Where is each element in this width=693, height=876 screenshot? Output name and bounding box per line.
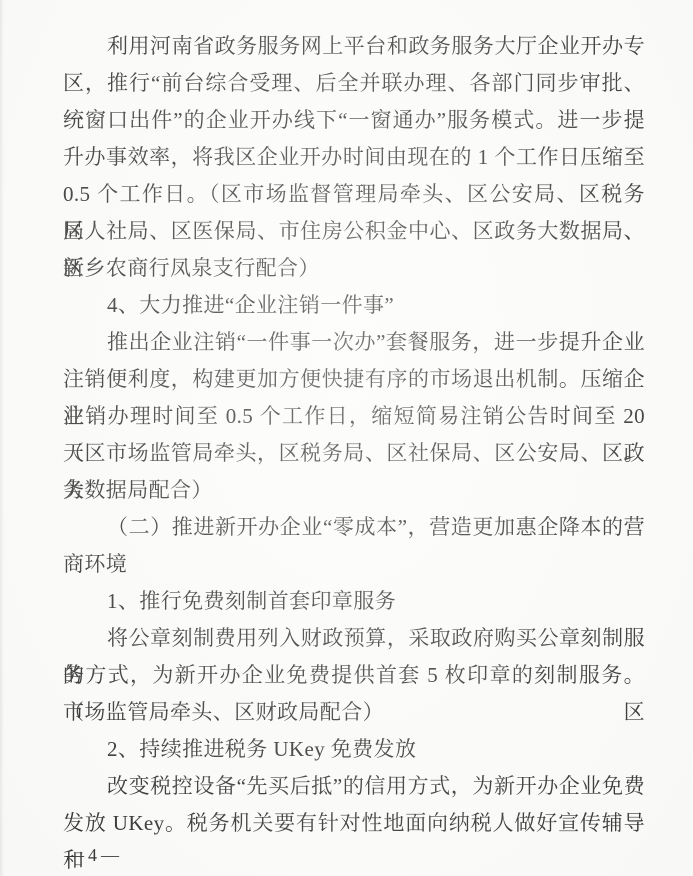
page-number: —4— (66, 843, 123, 867)
document-line: 改变税控设备“先买后抵”的信用方式，为新开办企业免费 (63, 768, 645, 805)
document-line: 的方式，为新开办企业免费提供首套 5 枚印章的刻制服务。（区 (63, 657, 645, 694)
heading-item-4: 4、大力推进“企业注销一件事” (63, 287, 645, 324)
heading-item-1: 1、推行免费刻制首套印章服务 (63, 583, 645, 620)
document-body: 利用河南省政务服务网上平台和政务服务大厅企业开办专 区，推行“前台综合受理、后全… (63, 28, 645, 842)
section-heading-2: （二）推进新开办企业“零成本”，营造更加惠企降本的营 (63, 509, 645, 546)
document-page: 利用河南省政务服务网上平台和政务服务大厅企业开办专 区，推行“前台综合受理、后全… (0, 0, 693, 876)
document-line: 一窗口出件”的企业开办线下“一窗通办”服务模式。进一步提 (63, 102, 645, 139)
document-line: 新乡农商行凤泉支行配合） (63, 250, 645, 287)
document-line: 区人社局、区医保局、市住房公积金中心、区政务大数据局、区 (63, 213, 645, 250)
document-line: 区，推行“前台综合受理、后全并联办理、各部门同步审批、统 (63, 65, 645, 102)
document-line: 推出企业注销“一件事一次办”套餐服务，进一步提升企业 (63, 324, 645, 361)
heading-item-2: 2、持续推进税务 UKey 免费发放 (63, 731, 645, 768)
document-line: （区市场监管局牵头，区税务局、区社保局、区公安局、区政务 (63, 435, 645, 472)
section-heading-2-cont: 商环境 (63, 546, 645, 583)
document-line: 0.5 个工作日。（区市场监督管理局牵头、区公安局、区税务局、 (63, 176, 645, 213)
document-line: 注销便利度，构建更加方便快捷有序的市场退出机制。压缩企业 (63, 361, 645, 398)
document-line: 将公章刻制费用列入财政预算，采取政府购买公章刻制服务 (63, 620, 645, 657)
document-line: 注销办理时间至 0.5 个工作日，缩短简易注销公告时间至 20 天。 (63, 398, 645, 435)
document-line: 升办事效率，将我区企业开办时间由现在的 1 个工作日压缩至 (63, 139, 645, 176)
document-line: 发放 UKey。税务机关要有针对性地面向纳税人做好宣传辅导和 (63, 805, 645, 842)
document-line: 利用河南省政务服务网上平台和政务服务大厅企业开办专 (63, 28, 645, 65)
document-line: 大数据局配合） (63, 472, 645, 509)
